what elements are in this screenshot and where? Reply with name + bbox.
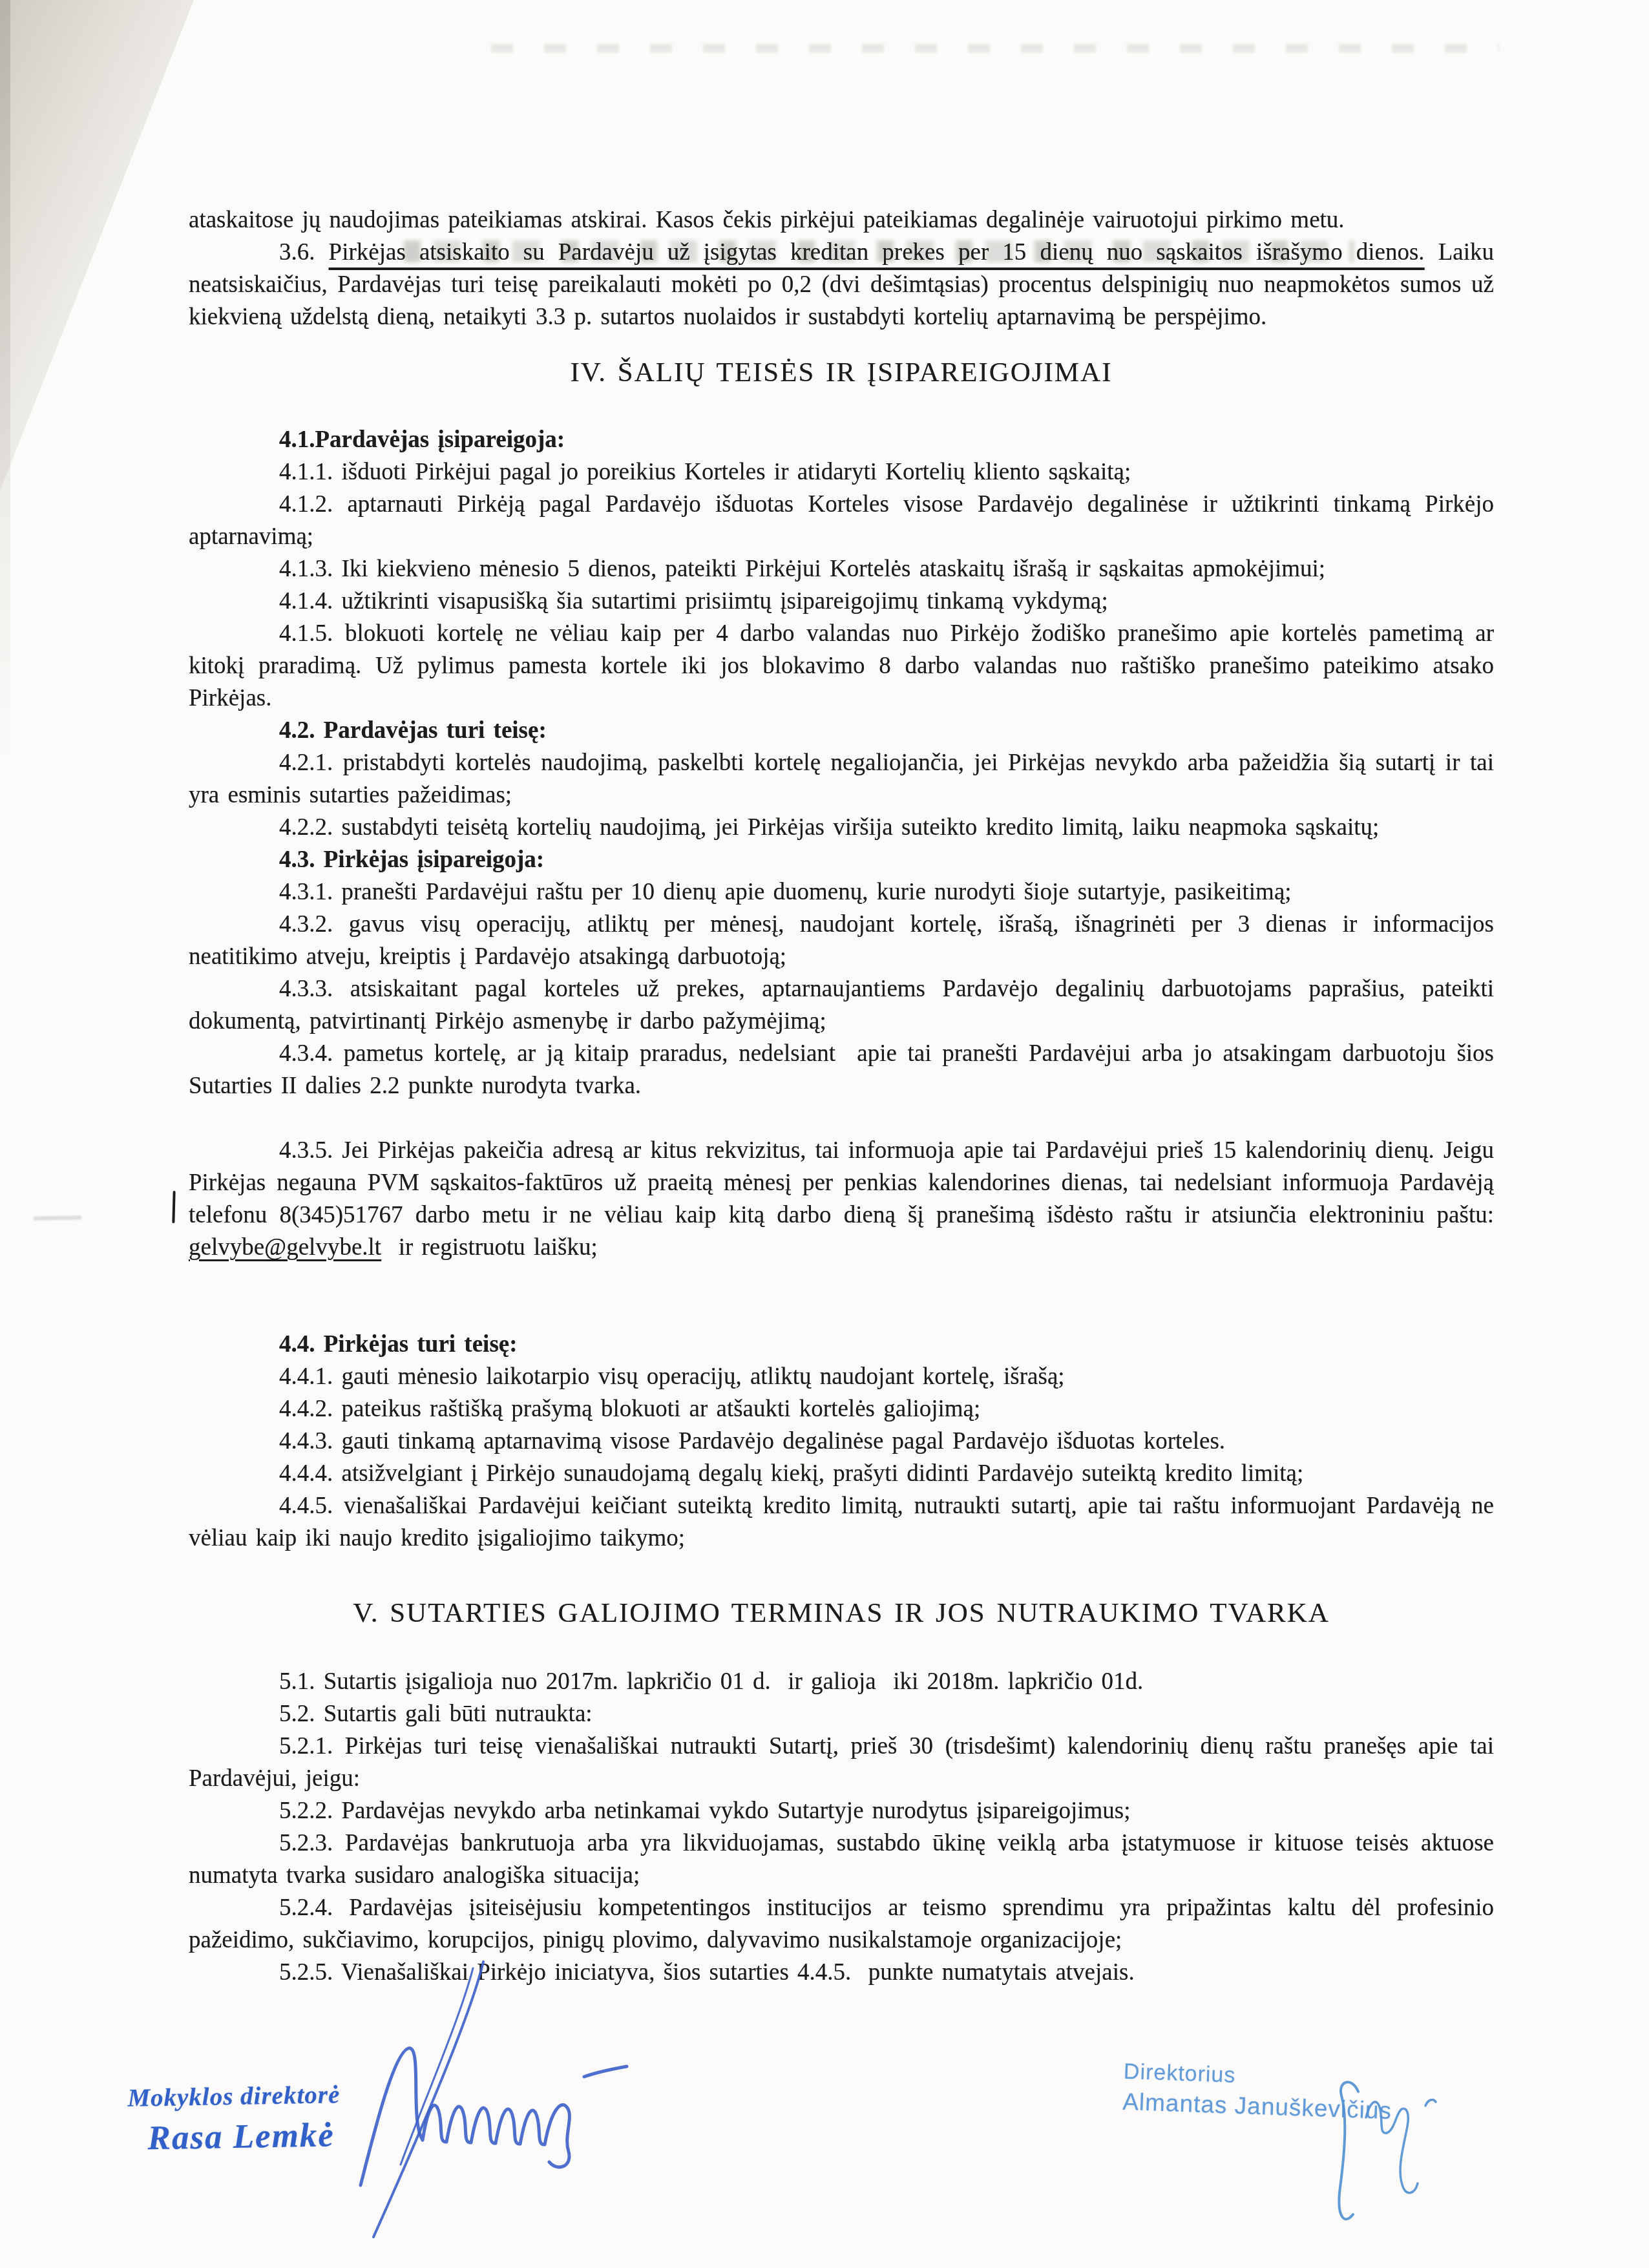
text-run: 4.4. Pirkėjas turi teisę: — [279, 1331, 518, 1358]
margin-smudge-mark — [34, 1215, 81, 1220]
text-run: IV. ŠALIŲ TEISĖS IR ĮSIPAREIGOJIMAI — [571, 357, 1113, 388]
scan-bleedthrough-top — [491, 44, 1499, 52]
text-run: 4.3. Pirkėjas įsipareigoja: — [279, 846, 544, 873]
text-run: 4.2. Pardavėjas turi teisę: — [279, 717, 547, 744]
section-heading-iv: IV. ŠALIŲ TEISĖS IR ĮSIPAREIGOJIMAI — [189, 357, 1494, 389]
text-run: 4.4.4. atsižvelgiant į Pirkėjo sunaudoja… — [279, 1460, 1303, 1487]
scan-left-edge-shadow — [0, 0, 10, 775]
clause-4-4-2: 4.4.2. pateikus raštišką prašymą blokuot… — [189, 1393, 1494, 1425]
clause-5-2-2: 5.2.2. Pardavėjas nevykdo arba netinkama… — [189, 1795, 1494, 1827]
clause-4-4-5: 4.4.5. vienašališkai Pardavėjui keičiant… — [189, 1490, 1494, 1555]
clause-4-2-2: 4.2.2. sustabdyti teisėtą kortelių naudo… — [189, 812, 1494, 844]
clause-4-1-5: 4.1.5. blokuoti kortelę ne vėliau kaip p… — [189, 618, 1494, 715]
left-signature-stamp: Mokyklos direktorė Rasa Lemkė — [127, 2080, 341, 2158]
text-run: 4.1.1. išduoti Pirkėjui pagal jo poreiki… — [279, 459, 1131, 485]
text-run: 4.4.1. gauti mėnesio laikotarpio visų op… — [279, 1363, 1065, 1390]
clause-4-1-1: 4.1.1. išduoti Pirkėjui pagal jo poreiki… — [189, 456, 1494, 488]
scan-corner-fold-artifact — [0, 0, 194, 491]
section-heading-v: V. SUTARTIES GALIOJIMO TERMINAS IR JOS N… — [189, 1597, 1494, 1630]
text-run: 4.3.5. Jei Pirkėjas pakeičia adresą ar k… — [189, 1137, 1494, 1228]
clause-4-3-1: 4.3.1. pranešti Pardavėjui raštu per 10 … — [189, 876, 1494, 908]
text-run: ataskaitose jų naudojimas pateikiamas at… — [189, 207, 1345, 233]
clause-5-2-1: 5.2.1. Pirkėjas turi teisę vienašališkai… — [189, 1730, 1494, 1795]
clause-4-4-1: 4.4.1. gauti mėnesio laikotarpio visų op… — [189, 1361, 1494, 1393]
clause-4-1-4: 4.1.4. užtikrinti visapusišką šia sutart… — [189, 585, 1494, 618]
text-run: 4.4.3. gauti tinkamą aptarnavimą visose … — [279, 1428, 1225, 1454]
clause-4-1-2: 4.1.2. aptarnauti Pirkėją pagal Pardavėj… — [189, 488, 1494, 553]
text-run: 4.4.2. pateikus raštišką prašymą blokuot… — [279, 1396, 980, 1422]
clause-4-4-4: 4.4.4. atsižvelgiant į Pirkėjo sunaudoja… — [189, 1458, 1494, 1490]
clause-4-1-3: 4.1.3. Iki kiekvieno mėnesio 5 dienos, p… — [189, 553, 1494, 585]
clause-4-3-4: 4.3.4. pametus kortelę, ar ją kitaip pra… — [189, 1038, 1494, 1102]
text-run: 4.3.4. pametus kortelę, ar ją kitaip pra… — [189, 1040, 1494, 1099]
left-stamp-name: Rasa Lemkė — [147, 2116, 341, 2158]
text-run: 4.1.5. blokuoti kortelę ne vėliau kaip p… — [189, 620, 1494, 711]
clause-4-3-5: 4.3.5. Jei Pirkėjas pakeičia adresą ar k… — [189, 1135, 1494, 1264]
text-run: 4.1.Pardavėjas įsipareigoja: — [279, 426, 565, 453]
text-run: 4.1.3. Iki kiekvieno mėnesio 5 dienos, p… — [279, 556, 1325, 582]
document-body: ataskaitose jų naudojimas pateikiamas at… — [189, 204, 1494, 1989]
text-run: Pirkėjas atsiskaito su Pardavėju už įsig… — [329, 239, 1425, 266]
text-run: 4.1.4. užtikrinti visapusišką šia sutart… — [279, 588, 1108, 614]
text-run: 3.6. — [279, 239, 329, 266]
text-run: 4.2.1. pristabdyti kortelės naudojimą, p… — [189, 750, 1494, 808]
text-run: 4.2.2. sustabdyti teisėtą kortelių naudo… — [279, 814, 1379, 841]
clause-4-2: 4.2. Pardavėjas turi teisę: — [189, 715, 1494, 747]
text-run: ir registruotu laišku; — [381, 1234, 598, 1261]
left-stamp-role: Mokyklos direktorė — [127, 2080, 341, 2113]
clause-4-1: 4.1.Pardavėjas įsipareigoja: — [189, 424, 1494, 456]
text-run: 5.2. Sutartis gali būti nutraukta: — [279, 1701, 593, 1727]
text-run: V. SUTARTIES GALIOJIMO TERMINAS IR JOS N… — [353, 1598, 1330, 1628]
scanned-contract-page: ataskaitose jų naudojimas pateikiamas at… — [0, 0, 1649, 2268]
text-run: 5.2.1. Pirkėjas turi teisę vienašališkai… — [189, 1733, 1494, 1792]
clause-4-3-3: 4.3.3. atsiskaitant pagal korteles už pr… — [189, 973, 1494, 1038]
clause-3-5-continuation: ataskaitose jų naudojimas pateikiamas at… — [189, 204, 1494, 236]
text-run: 4.3.2. gavus visų operacijų, atliktų per… — [189, 911, 1494, 970]
text-run: 5.2.3. Pardavėjas bankrutuoja arba yra l… — [189, 1830, 1494, 1889]
text-run: 5.1. Sutartis įsigalioja nuo 2017m. lapk… — [279, 1668, 1143, 1695]
text-run: 4.3.3. atsiskaitant pagal korteles už pr… — [189, 976, 1494, 1034]
handwritten-signature-right — [1312, 2064, 1518, 2268]
text-run: 5.2.2. Pardavėjas nevykdo arba netinkama… — [279, 1798, 1131, 1824]
text-run: 4.1.2. aptarnauti Pirkėją pagal Pardavėj… — [189, 491, 1494, 550]
clause-5-1: 5.1. Sutartis įsigalioja nuo 2017m. lapk… — [189, 1666, 1494, 1698]
text-run: 4.3.1. pranešti Pardavėjui raštu per 10 … — [279, 879, 1292, 905]
text-run: 4.4.5. vienašališkai Pardavėjui keičiant… — [189, 1493, 1494, 1551]
clause-5-2: 5.2. Sutartis gali būti nutraukta: — [189, 1698, 1494, 1730]
clause-4-3: 4.3. Pirkėjas įsipareigoja: — [189, 844, 1494, 876]
clause-3-6: 3.6. Pirkėjas atsiskaito su Pardavėju už… — [189, 236, 1494, 333]
handwritten-signature-left — [336, 1938, 750, 2262]
clause-4-4: 4.4. Pirkėjas turi teisę: — [189, 1328, 1494, 1361]
clause-4-3-2: 4.3.2. gavus visų operacijų, atliktų per… — [189, 908, 1494, 973]
clause-4-4-3: 4.4.3. gauti tinkamą aptarnavimą visose … — [189, 1425, 1494, 1458]
clause-4-2-1: 4.2.1. pristabdyti kortelės naudojimą, p… — [189, 747, 1494, 812]
margin-pen-mark — [172, 1191, 175, 1223]
clause-5-2-3: 5.2.3. Pardavėjas bankrutuoja arba yra l… — [189, 1827, 1494, 1892]
email-address: gelvybe@gelvybe.lt — [189, 1234, 381, 1261]
